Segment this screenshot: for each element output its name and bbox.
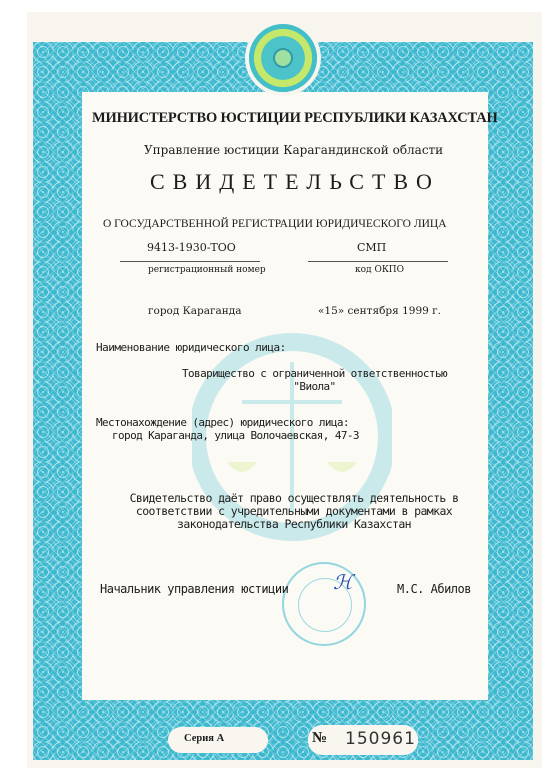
okpo-code: СМП xyxy=(357,241,386,254)
entity-name-label: Наименование юридического лица: xyxy=(96,341,286,354)
issue-date: «15» сентября 1999 г. xyxy=(318,305,441,317)
entity-name-line2: "Виола" xyxy=(182,380,447,393)
number-sign: № xyxy=(312,730,327,747)
entity-name-line1: Товарищество с ограниченной ответственно… xyxy=(182,367,447,380)
state-emblem-icon xyxy=(249,24,317,92)
document-title: СВИДЕТЕЛЬСТВО xyxy=(150,169,440,195)
document-subtitle: О ГОСУДАРСТВЕННОЙ РЕГИСТРАЦИИ ЮРИДИЧЕСКО… xyxy=(103,218,447,230)
entity-address: город Караганда, улица Волочаевская, 47-… xyxy=(112,429,359,442)
okpo-label: код ОКПО xyxy=(355,265,404,275)
entity-address-label: Местонахождение (адрес) юридического лиц… xyxy=(96,416,349,429)
series-label: Серия А xyxy=(184,733,224,744)
rights-statement: Свидетельство даёт право осуществлять де… xyxy=(109,492,479,531)
issue-city: город Караганда xyxy=(148,305,242,317)
okpo-underline xyxy=(308,261,448,262)
official-seal-icon xyxy=(282,562,366,646)
ministry-heading: МИНИСТЕРСТВО ЮСТИЦИИ РЕСПУБЛИКИ КАЗАХСТА… xyxy=(92,110,498,127)
signature: ℋ xyxy=(333,570,353,594)
signatory-position: Начальник управления юстиции xyxy=(100,582,288,596)
department-name: Управление юстиции Карагандинской област… xyxy=(144,143,443,157)
registration-number: 9413-1930-ТОО xyxy=(147,241,236,254)
serial-number: 150961 xyxy=(345,729,416,749)
registration-number-label: регистрационный номер xyxy=(148,265,266,275)
signatory-name: М.С. Абилов xyxy=(397,582,471,596)
registration-number-underline xyxy=(120,261,260,262)
entity-name: Товарищество с ограниченной ответственно… xyxy=(182,367,447,393)
